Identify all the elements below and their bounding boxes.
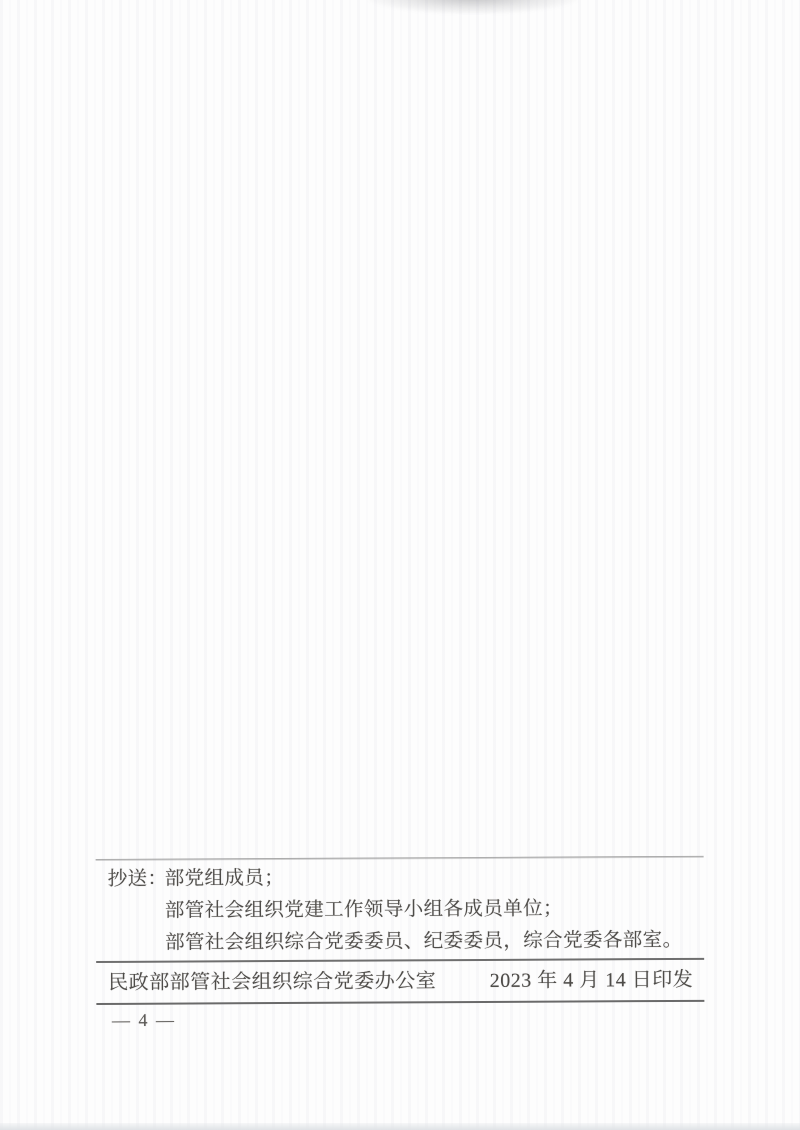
cc-section: 抄送：部党组成员； 部管社会组织党建工作领导小组各成员单位； 部管社会组织综合党… — [96, 858, 705, 961]
page-number: — 4 — — [112, 1010, 176, 1031]
issuer-row: 民政部部管社会组织综合党委办公室 2023 年 4 月 14 日印发 — [96, 960, 704, 1003]
cc-row: 抄送：部党组成员； — [96, 861, 704, 896]
cc-recipient-3: 部管社会组织综合党委委员、纪委委员，综合党委各部室。 — [165, 930, 683, 954]
scan-artifact-bottom-edge — [0, 1123, 800, 1130]
print-date: 2023 年 4 月 14 日印发 — [490, 960, 694, 1001]
issuing-office: 民政部部管社会组织综合党委办公室 — [108, 961, 436, 1003]
scan-artifact-top-smudge — [368, 0, 578, 14]
cc-recipient-1: 部党组成员； — [165, 868, 285, 890]
colophon-block: 抄送：部党组成员； 部管社会组织党建工作领导小组各成员单位； 部管社会组织综合党… — [96, 856, 705, 1005]
cc-row: 部管社会组织综合党委委员、纪委委员，综合党委各部室。 — [96, 925, 704, 960]
cc-row: 部管社会组织党建工作领导小组各成员单位； — [96, 893, 704, 928]
cc-label: 抄送： — [108, 864, 165, 896]
cc-recipient-2: 部管社会组织党建工作领导小组各成员单位； — [165, 899, 563, 922]
